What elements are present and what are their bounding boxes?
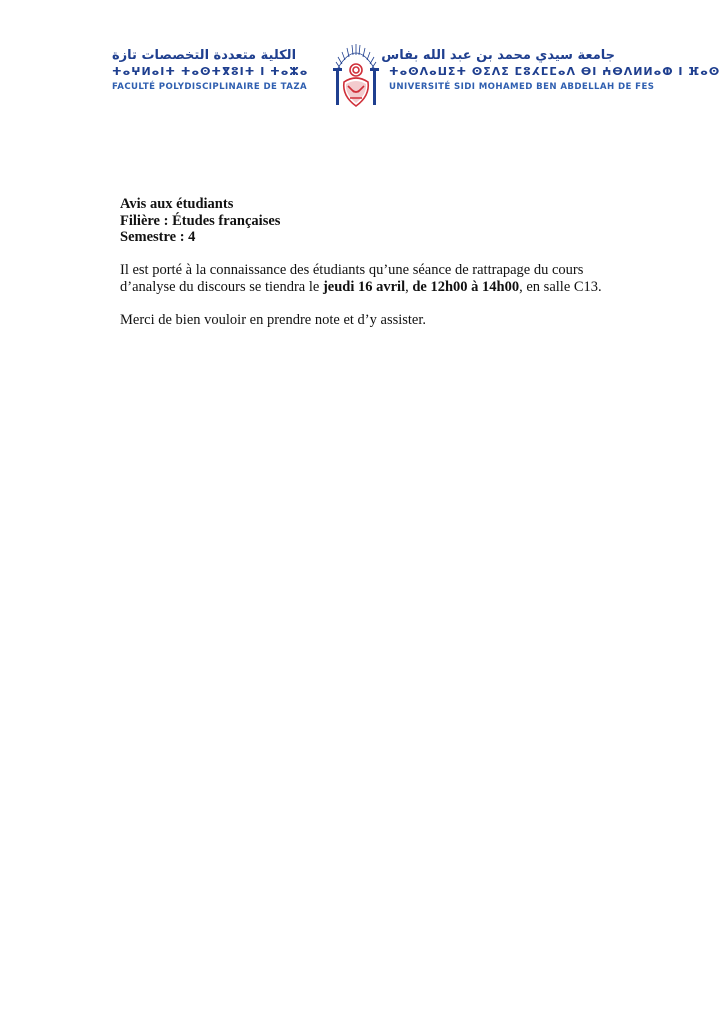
university-name-arabic: جامعة سيدي محمد بن عبد الله بفاس bbox=[389, 48, 615, 64]
session-room: , en salle C13. bbox=[519, 279, 602, 295]
university-name-block: جامعة سيدي محمد بن عبد الله بفاس ⵜⴰⵙⴷⴰⵡⵉ… bbox=[389, 48, 615, 94]
university-emblem-icon bbox=[330, 40, 382, 112]
notice-paragraph: Il est porté à la connaissance des étudi… bbox=[120, 262, 640, 296]
notice-closing: Merci de bien vouloir en prendre note et… bbox=[120, 312, 640, 329]
faculty-name-tifinagh: ⵜⴰⵖⵍⴰⵏⵜ ⵜⴰⵙⵜⴳⵓⵏⵜ ⵏ ⵜⴰⵣⴰ bbox=[112, 64, 318, 80]
notice-closing-paragraph: Merci de bien vouloir en prendre note et… bbox=[120, 312, 640, 329]
notice-title: Avis aux étudiants bbox=[120, 196, 640, 213]
session-date: jeudi 16 avril bbox=[323, 279, 405, 295]
letterhead: الكلية متعددة التخصصات تازة ⵜⴰⵖⵍⴰⵏⵜ ⵜⴰⵙⵜ… bbox=[0, 40, 724, 112]
notice-line-2: d’analyse du discours se tiendra le jeud… bbox=[120, 279, 640, 296]
faculty-name-french: FACULTÉ POLYDISCIPLINAIRE DE TAZA bbox=[112, 80, 318, 94]
university-name-tifinagh: ⵜⴰⵙⴷⴰⵡⵉⵜ ⵙⵉⴷⵉ ⵎⵓⵃⵎⵎⴰⴷ ⴱⵏ ⵄⴱⴷⵍⵍⴰⵀ ⵏ ⴼⴰⵙ bbox=[389, 64, 615, 80]
notice-semestre: Semestre : 4 bbox=[120, 229, 640, 246]
university-name-french: UNIVERSITÉ SIDI MOHAMED BEN ABDELLAH DE … bbox=[389, 80, 615, 94]
document-page: الكلية متعددة التخصصات تازة ⵜⴰⵖⵍⴰⵏⵜ ⵜⴰⵙⵜ… bbox=[0, 0, 724, 1024]
faculty-name-arabic: الكلية متعددة التخصصات تازة bbox=[112, 48, 318, 64]
session-time: de 12h00 à 14h00 bbox=[412, 279, 519, 295]
notice-body: Avis aux étudiants Filière : Études fran… bbox=[120, 196, 640, 329]
notice-line-1: Il est porté à la connaissance des étudi… bbox=[120, 262, 640, 279]
notice-filiere: Filière : Études françaises bbox=[120, 213, 640, 230]
notice-line-2-start: d’analyse du discours se tiendra le bbox=[120, 279, 323, 295]
faculty-name-block: الكلية متعددة التخصصات تازة ⵜⴰⵖⵍⴰⵏⵜ ⵜⴰⵙⵜ… bbox=[112, 48, 318, 94]
